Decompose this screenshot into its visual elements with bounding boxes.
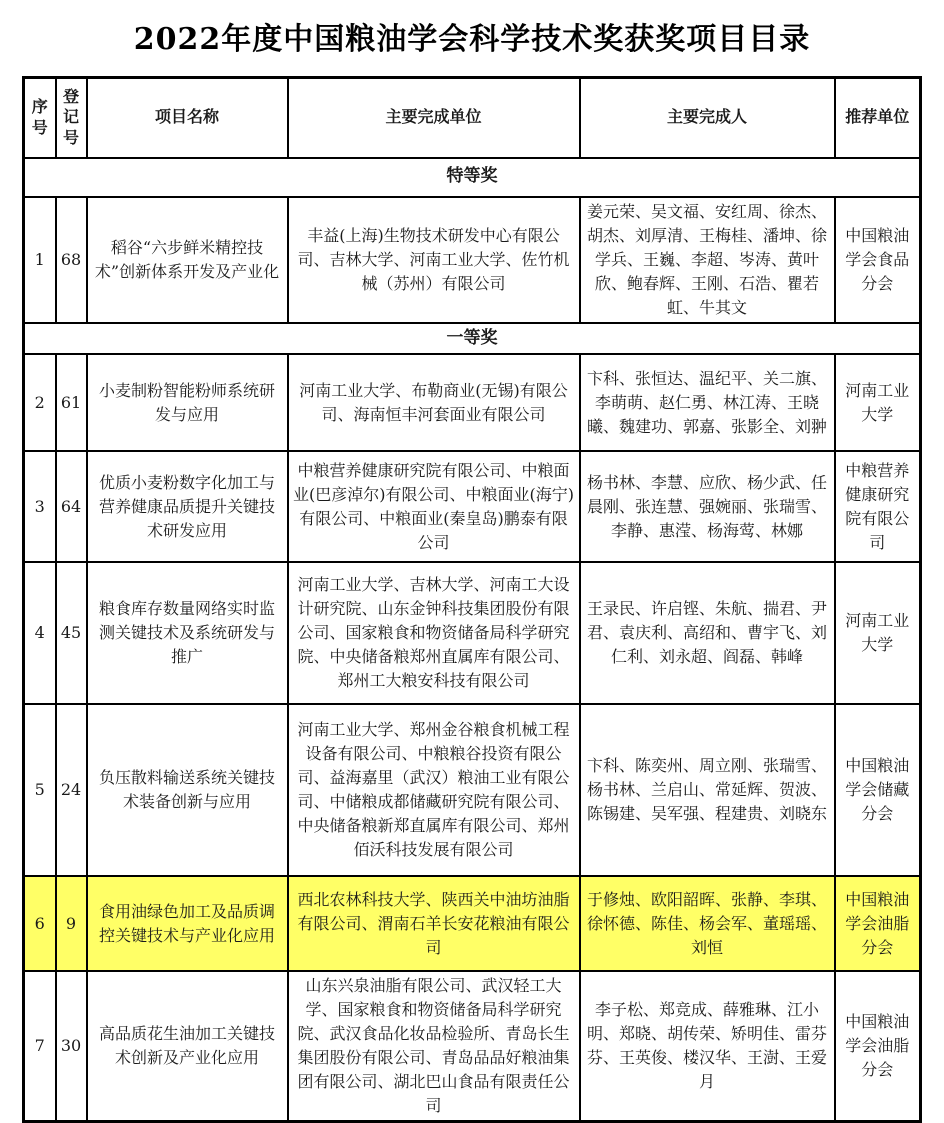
cell-recommender: 中国粮油学会油脂分会 [835,876,921,971]
column-header-no: 序号 [24,78,56,158]
table-row: 4 45 粮食库存数量网络实时监测关键技术及系统研发与推广 河南工业大学、吉林大… [24,562,921,704]
cell-reg: 61 [56,354,87,451]
cell-recommender: 河南工业大学 [835,562,921,704]
cell-recommender: 河南工业大学 [835,354,921,451]
awards-table: 序号 登记号 项目名称 主要完成单位 主要完成人 推荐单位 特等奖 1 68 稻… [22,76,922,1123]
cell-people: 姜元荣、吴文福、安红周、徐杰、胡杰、刘厚清、王梅桂、潘坤、徐学兵、王巍、李超、岑… [580,197,835,323]
cell-no: 6 [24,876,56,971]
table-row: 2 61 小麦制粉智能粉师系统研发与应用 河南工业大学、布勒商业(无锡)有限公司… [24,354,921,451]
cell-units: 河南工业大学、布勒商业(无锡)有限公司、海南恒丰河套面业有限公司 [288,354,580,451]
cell-people: 杨书林、李慧、应欣、杨少武、任晨刚、张连慧、强婉丽、张瑞雪、李静、惠滢、杨海莺、… [580,451,835,562]
section-header: 一等奖 [24,323,921,355]
table-row-highlighted: 6 9 食用油绿色加工及品质调控关键技术与产业化应用 西北农林科技大学、陕西关中… [24,876,921,971]
cell-no: 2 [24,354,56,451]
section-header: 特等奖 [24,158,921,197]
cell-no: 1 [24,197,56,323]
cell-people: 于修烛、欧阳韶晖、张静、李琪、徐怀德、陈佳、杨会军、董瑶瑶、刘恒 [580,876,835,971]
cell-units: 中粮营养健康研究院有限公司、中粮面业(巴彦淖尔)有限公司、中粮面业(海宁)有限公… [288,451,580,562]
cell-project: 负压散料输送系统关键技术装备创新与应用 [87,704,288,876]
cell-project: 优质小麦粉数字化加工与营养健康品质提升关键技术研发应用 [87,451,288,562]
cell-project: 小麦制粉智能粉师系统研发与应用 [87,354,288,451]
cell-people: 李子松、郑竞成、薛雅琳、江小明、郑晓、胡传荣、矫明佳、雷芬芬、王英俊、楼汉华、王… [580,971,835,1122]
cell-project: 食用油绿色加工及品质调控关键技术与产业化应用 [87,876,288,971]
cell-no: 7 [24,971,56,1122]
cell-no: 3 [24,451,56,562]
column-header-units: 主要完成单位 [288,78,580,158]
cell-project: 高品质花生油加工关键技术创新及产业化应用 [87,971,288,1122]
column-header-people: 主要完成人 [580,78,835,158]
cell-people: 卞科、张恒达、温纪平、关二旗、李萌萌、赵仁勇、林江涛、王晓曦、魏建功、郭嘉、张影… [580,354,835,451]
table-header-row: 序号 登记号 项目名称 主要完成单位 主要完成人 推荐单位 [24,78,921,158]
cell-no: 5 [24,704,56,876]
cell-reg: 45 [56,562,87,704]
column-header-project: 项目名称 [87,78,288,158]
cell-units: 丰益(上海)生物技术研发中心有限公司、吉林大学、河南工业大学、佐竹机械（苏州）有… [288,197,580,323]
cell-project: 稻谷“六步鲜米精控技术”创新体系开发及产业化 [87,197,288,323]
cell-reg: 30 [56,971,87,1122]
cell-recommender: 中国粮油学会油脂分会 [835,971,921,1122]
table-row: 5 24 负压散料输送系统关键技术装备创新与应用 河南工业大学、郑州金谷粮食机械… [24,704,921,876]
cell-recommender: 中国粮油学会食品分会 [835,197,921,323]
document-page: 2022年度中国粮油学会科学技术奖获奖项目目录 序号 登记号 项目名称 主要完成… [0,0,944,1123]
column-header-reg: 登记号 [56,78,87,158]
cell-people: 卞科、陈奕州、周立刚、张瑞雪、杨书林、兰启山、常延辉、贺波、陈锡建、吴军强、程建… [580,704,835,876]
cell-units: 河南工业大学、郑州金谷粮食机械工程设备有限公司、中粮粮谷投资有限公司、益海嘉里（… [288,704,580,876]
cell-recommender: 中国粮油学会储藏分会 [835,704,921,876]
cell-recommender: 中粮营养健康研究院有限公司 [835,451,921,562]
cell-units: 西北农林科技大学、陕西关中油坊油脂有限公司、渭南石羊长安花粮油有限公司 [288,876,580,971]
cell-reg: 68 [56,197,87,323]
table-row: 1 68 稻谷“六步鲜米精控技术”创新体系开发及产业化 丰益(上海)生物技术研发… [24,197,921,323]
cell-units: 河南工业大学、吉林大学、河南工大设计研究院、山东金钟科技集团股份有限公司、国家粮… [288,562,580,704]
cell-reg: 24 [56,704,87,876]
section-row-first-prize: 一等奖 [24,323,921,355]
cell-people: 王录民、许启铿、朱航、揣君、尹君、袁庆利、高绍和、曹宇飞、刘仁利、刘永超、阎磊、… [580,562,835,704]
cell-project: 粮食库存数量网络实时监测关键技术及系统研发与推广 [87,562,288,704]
table-row: 3 64 优质小麦粉数字化加工与营养健康品质提升关键技术研发应用 中粮营养健康研… [24,451,921,562]
cell-reg: 64 [56,451,87,562]
page-title: 2022年度中国粮油学会科学技术奖获奖项目目录 [0,14,944,58]
section-row-special-prize: 特等奖 [24,158,921,197]
cell-no: 4 [24,562,56,704]
column-header-recommender: 推荐单位 [835,78,921,158]
table-row: 7 30 高品质花生油加工关键技术创新及产业化应用 山东兴泉油脂有限公司、武汉轻… [24,971,921,1122]
cell-reg: 9 [56,876,87,971]
cell-units: 山东兴泉油脂有限公司、武汉轻工大学、国家粮食和物资储备局科学研究院、武汉食品化妆… [288,971,580,1122]
